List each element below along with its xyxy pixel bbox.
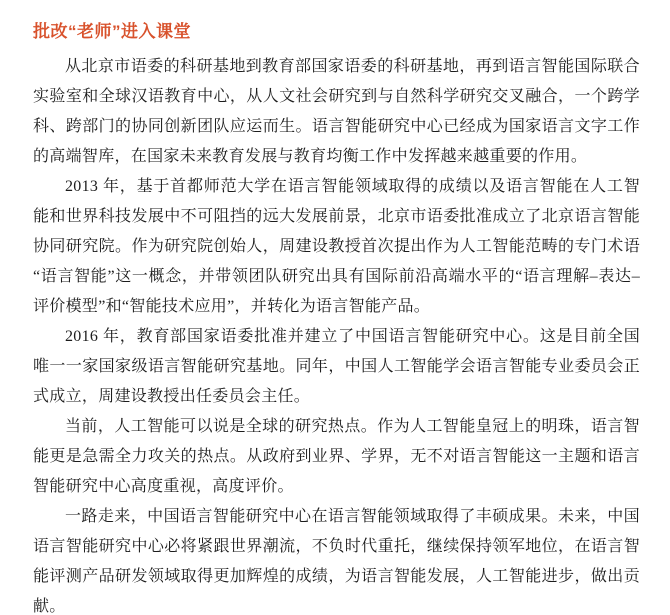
article-paragraph-2: 2013 年，基于首都师范大学在语言智能领域取得的成绩以及语言智能在人工智能和世… [33,172,640,322]
article-page: 批改“老师”进入课堂 从北京市语委的科研基地到教育部国家语委的科研基地，再到语言… [0,0,670,615]
article-body: 从北京市语委的科研基地到教育部国家语委的科研基地，再到语言智能国际联合实验室和全… [33,52,640,615]
article-paragraph-4: 当前，人工智能可以说是全球的研究热点。作为人工智能皇冠上的明珠，语言智能更是急需… [33,412,640,502]
article-title: 批改“老师”进入课堂 [33,20,640,43]
article-paragraph-5: 一路走来，中国语言智能研究中心在语言智能领域取得了丰硕成果。未来，中国语言智能研… [33,502,640,615]
article-paragraph-3: 2016 年，教育部国家语委批准并建立了中国语言智能研究中心。这是目前全国唯一一… [33,322,640,412]
article-paragraph-1: 从北京市语委的科研基地到教育部国家语委的科研基地，再到语言智能国际联合实验室和全… [33,52,640,172]
